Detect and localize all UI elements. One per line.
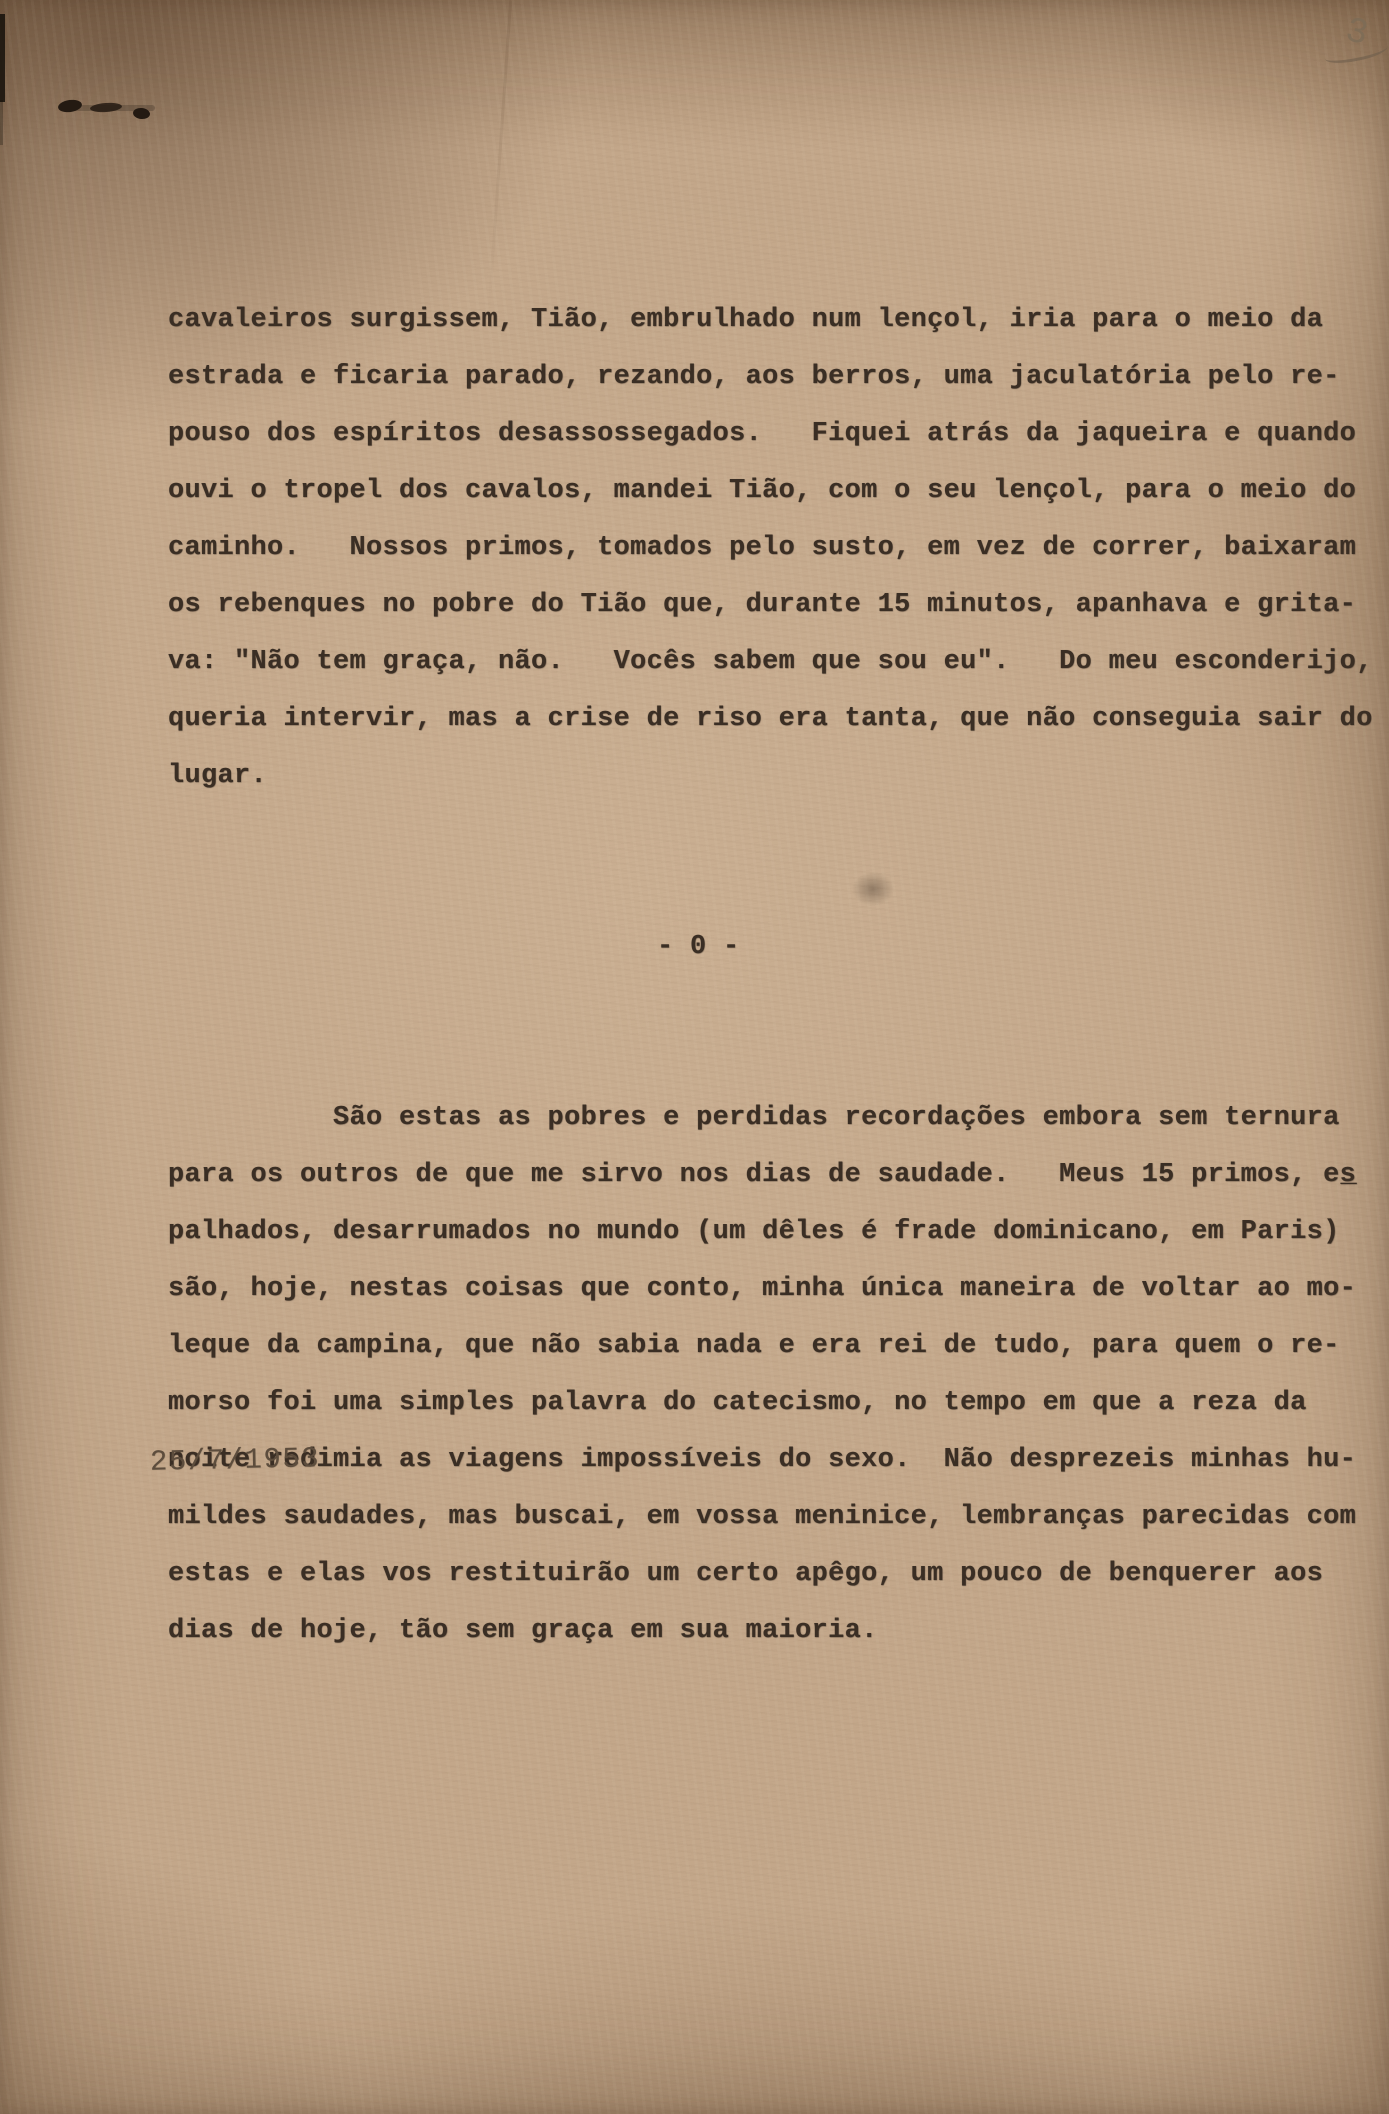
ink-smear	[60, 105, 155, 111]
scan-edge-mark	[0, 14, 5, 102]
text-line: ouvi o tropel dos cavalos, mandei Tião, …	[168, 463, 1389, 520]
text-line: dias de hoje, tão sem graça em sua maior…	[168, 1603, 1389, 1660]
text-line: caminho. Nossos primos, tomados pelo sus…	[168, 520, 1389, 577]
text-line: morso foi uma simples palavra do catecis…	[168, 1375, 1389, 1432]
text-line: mildes saudades, mas buscai, em vossa me…	[168, 1489, 1389, 1546]
scan-edge-mark-faint	[0, 100, 3, 145]
text-line: cavaleiros surgissem, Tião, embrulhado n…	[168, 292, 1389, 349]
text-line: para os outros de que me sirvo nos dias …	[168, 1147, 1389, 1204]
typed-text-block: cavaleiros surgissem, Tião, embrulhado n…	[168, 178, 1389, 1774]
text-line: os rebenques no pobre do Tião que, duran…	[168, 577, 1389, 634]
text-line: queria intervir, mas a crise de riso era…	[168, 691, 1389, 748]
text-line: leque da campina, que não sabia nada e e…	[168, 1318, 1389, 1375]
text-line: estas e elas vos restituirão um certo ap…	[168, 1546, 1389, 1603]
scanned-typewritten-page: 3 cavaleiros surgissem, Tião, embrulhado…	[0, 0, 1389, 2114]
paragraph-1: cavaleiros surgissem, Tião, embrulhado n…	[168, 292, 1389, 805]
ink-smudge-over-text	[852, 872, 894, 906]
text-line: pouso dos espíritos desassossegados. Fiq…	[168, 406, 1389, 463]
text-line: São estas as pobres e perdidas recordaçõ…	[168, 1090, 1389, 1147]
paragraph-2: São estas as pobres e perdidas recordaçõ…	[168, 1090, 1389, 1660]
text-line: va: "Não tem graça, não. Vocês sabem que…	[168, 634, 1389, 691]
text-line: noite redimia as viagens impossíveis do …	[168, 1432, 1389, 1489]
date-annotation: 25/7/1953	[150, 1442, 321, 1479]
text-line: palhados, desarrumados no mundo (um dêle…	[168, 1204, 1389, 1261]
text-line: estrada e ficaria parado, rezando, aos b…	[168, 349, 1389, 406]
text-line: lugar.	[168, 748, 1389, 805]
text-line: são, hoje, nestas coisas que conto, minh…	[168, 1261, 1389, 1318]
section-separator: - 0 -	[168, 919, 1389, 976]
